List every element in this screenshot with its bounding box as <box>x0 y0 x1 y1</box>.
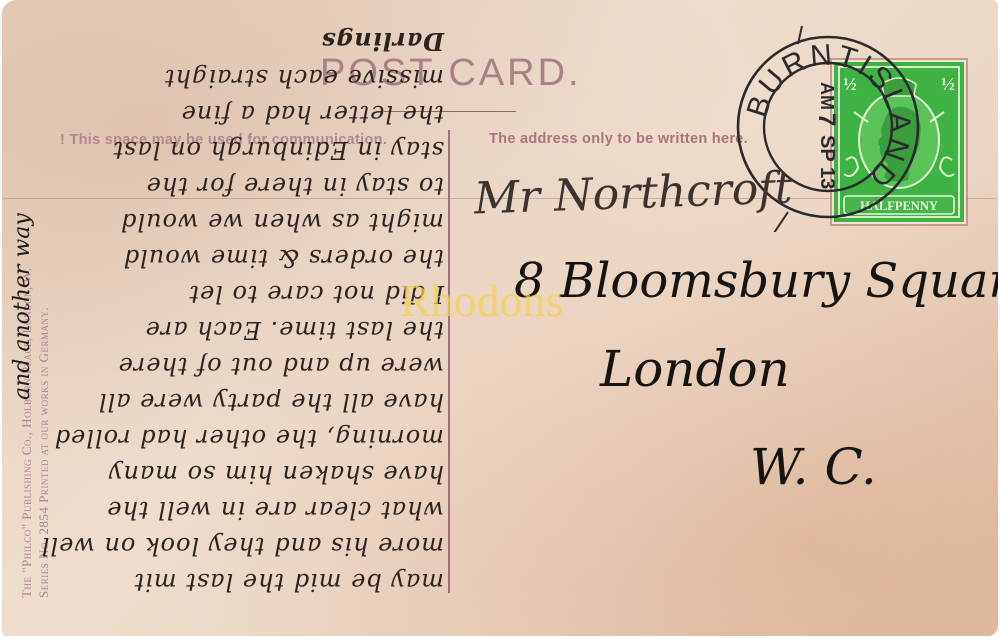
message-line: the letter had a fine <box>54 100 444 128</box>
message-line: might as when we would <box>54 208 444 236</box>
handwritten-message: may be mid the last mitmore his and they… <box>54 6 444 616</box>
center-divider-line <box>448 130 450 593</box>
message-line: the last time. Each are <box>54 316 444 344</box>
message-line: may be mid the last mit <box>54 568 444 596</box>
address-side-label: The address only to be written here. <box>489 131 748 147</box>
message-line: to stay in there for the <box>54 172 444 200</box>
message-line: missive each straight <box>54 64 444 92</box>
watermark: Rhodons <box>400 274 564 327</box>
message-line: stay in Edinburgh on last <box>54 136 444 164</box>
message-line: I did not care to let <box>54 280 444 308</box>
message-line: have shaken him so many <box>54 460 444 488</box>
message-line: more his and they look on well <box>54 532 444 560</box>
address-district: W. C. <box>750 438 877 496</box>
postcard: POST CARD. ! This space may be used for … <box>2 0 998 636</box>
message-line: morning, the other had rolled <box>54 424 444 452</box>
address-city: London <box>600 340 790 398</box>
address-street: 8 Bloomsbury Square <box>514 253 998 309</box>
message-line: Darlings <box>54 27 444 56</box>
svg-text:7: 7 <box>813 113 840 126</box>
margin-handwriting: and another way <box>10 213 35 400</box>
postmark-month: SP <box>816 135 838 162</box>
postmark-time: AM <box>817 82 837 110</box>
postmark-year: 13 <box>816 167 838 189</box>
message-line: were up and out of there <box>54 352 444 380</box>
message-line: what clear are in well the <box>54 496 444 524</box>
message-line: have all the party were all <box>54 388 444 416</box>
message-line: the orders & time would <box>54 244 444 272</box>
svg-text:½: ½ <box>941 74 955 94</box>
